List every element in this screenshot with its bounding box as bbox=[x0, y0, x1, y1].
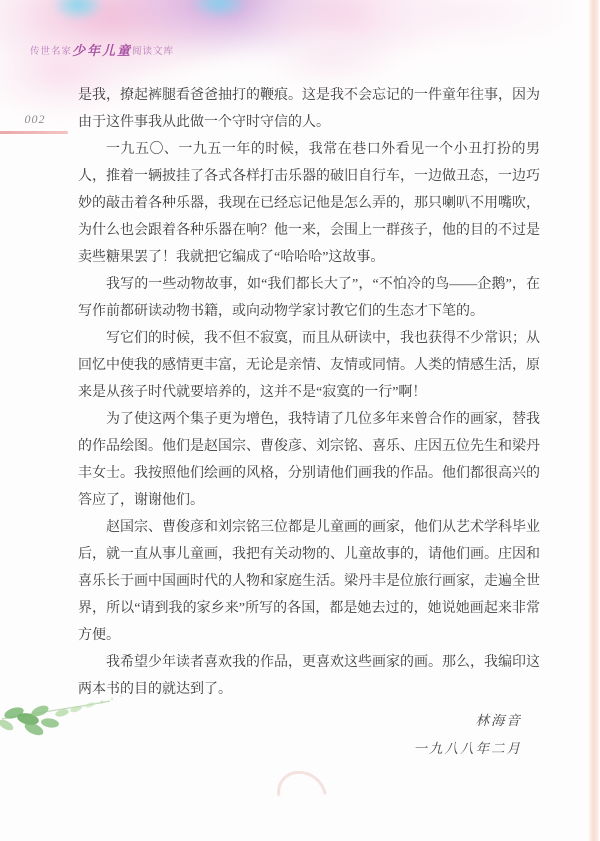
series-title: 传世名家少年儿童阅读文库 bbox=[30, 40, 174, 59]
paragraph: 我写的一些动物故事，如“我们都长大了”，“不怕冷的鸟——企鹅”，在写作前都研读动… bbox=[78, 271, 540, 325]
signature-date: 一九八八年二月 bbox=[78, 735, 522, 763]
page-edge-strip bbox=[588, 0, 600, 841]
watercolor-blob-cyan bbox=[52, 0, 104, 20]
pink-arc-decoration bbox=[267, 761, 336, 829]
watercolor-blob-pink bbox=[235, 0, 465, 65]
series-title-middle: 少年儿童 bbox=[72, 43, 132, 58]
watercolor-blob-pink-faint bbox=[260, 35, 400, 85]
paragraph: 赵国宗、曹俊彦和刘宗铭三位都是儿童画的画家，他们从艺术学科毕业后，就一直从事儿童… bbox=[78, 514, 540, 649]
paragraph: 一九五〇、一九五一年的时候，我常在巷口外看见一个小丑打扮的男人，推着一辆披挂了各… bbox=[78, 136, 540, 271]
page-number-rule bbox=[0, 131, 68, 134]
book-page: 传世名家少年儿童阅读文库 002 是我，撩起裤腿看爸爸抽打的鞭痕。这是我不会忘记… bbox=[0, 0, 600, 841]
paragraph: 写它们的时候，我不但不寂寞，而且从研读中，我也获得不少常识；从回忆中使我的感情更… bbox=[78, 325, 540, 406]
watercolor-blob-cyan bbox=[190, 0, 248, 18]
paragraph: 我希望少年读者喜欢我的作品，更喜欢这些画家的画。那么，我编印这两本书的目的就达到… bbox=[78, 649, 540, 703]
paragraph: 是我，撩起裤腿看爸爸抽打的鞭痕。这是我不会忘记的一件童年往事，因为由于这件事我从… bbox=[78, 82, 540, 136]
author-signature: 林海音 bbox=[78, 707, 522, 735]
series-title-suffix: 阅读文库 bbox=[132, 47, 174, 57]
page-number-block: 002 bbox=[0, 112, 70, 134]
watercolor-blob-pink-faint bbox=[330, 0, 590, 50]
preface-text: 是我，撩起裤腿看爸爸抽打的鞭痕。这是我不会忘记的一件童年往事，因为由于这件事我从… bbox=[78, 82, 540, 763]
paragraph: 为了使这两个集子更为增色，我特请了几位多年来曾合作的画家，替我的作品绘图。他们是… bbox=[78, 406, 540, 514]
series-title-prefix: 传世名家 bbox=[30, 47, 72, 57]
page-number: 002 bbox=[0, 112, 70, 127]
signature-block: 林海音 一九八八年二月 bbox=[78, 707, 540, 763]
